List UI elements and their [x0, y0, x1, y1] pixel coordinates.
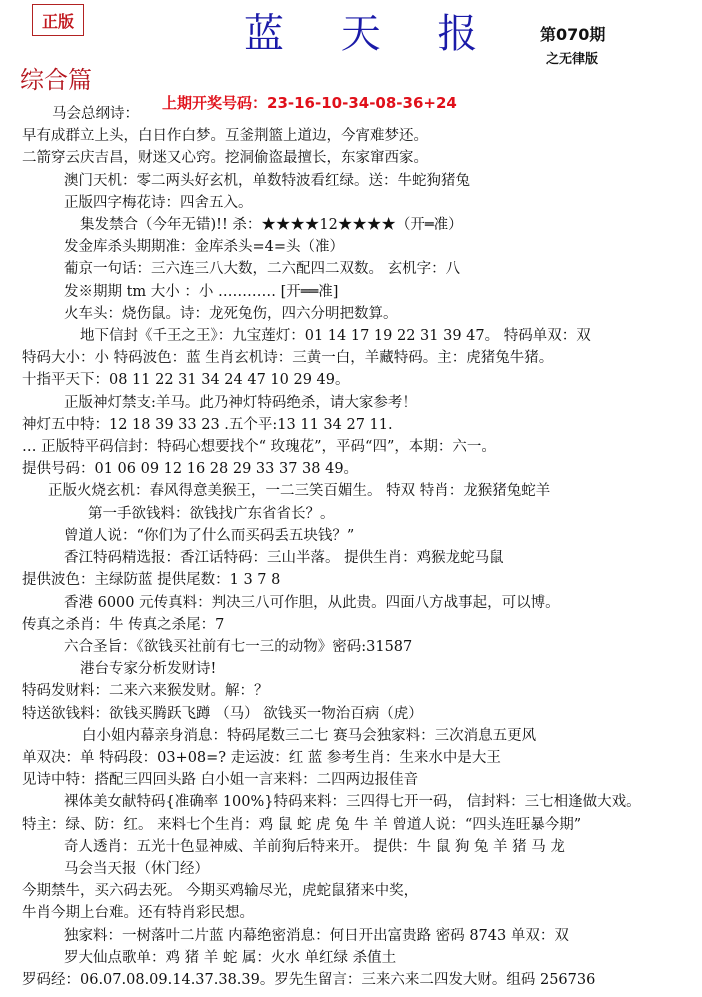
section-title: 综合篇 [20, 60, 92, 95]
text-line: 集发禁合（今年无错)!! 杀：★★★★12★★★★（开═准） [80, 215, 463, 235]
text-line: 裸体美女献特码{准确率 100%}特码来料：三四得七开一码， 信封料：三七相逢做… [64, 792, 641, 812]
text-line: … 正版特平码信封：特码心想要找个“ 玫瑰花”，平码“四”，本期：六一。 [22, 437, 496, 457]
text-line: 奇人透肖：五光十色显神威、羊前狗后特来开。 提供：牛 鼠 狗 兔 羊 猪 马 龙 [64, 837, 565, 857]
text-line: 六合圣旨：《欲钱买社前有七一三的动物》密码:31587 [64, 637, 412, 657]
text-line: 今期禁牛，买六码去死。 今期买鸡输尽光，虎蛇鼠猪来中奖， [22, 881, 418, 901]
text-line: 马会总纲诗： [52, 104, 139, 124]
text-line: 二箭穿云庆吉昌，财迷又心窍。挖洞偷盗最擅长，东家窜西家。 [22, 148, 428, 168]
text-line: 正版神灯禁支:羊马。此乃神灯特码绝杀，请大家参考！ [64, 393, 417, 413]
text-line: 见诗中特：搭配三四回头路 白小姐一言来料：二四两边报佳音 [22, 770, 418, 790]
text-line: 特码发财料：二来六来猴发财。解：？ [22, 681, 269, 701]
text-line: 葡京一句话：三六连三八大数，二六配四二双数。 玄机字：八 [64, 259, 460, 279]
text-line: 发※期期 tm 大小 ：小 ………… [开══准] [64, 282, 338, 302]
text-line: 澳门天机：零二两头好玄机，单数特波看红绿。送：牛蛇狗猪兔 [64, 171, 470, 191]
text-line: 白小姐内幕亲身消息：特码尾数三二七 赛马会独家料：三次消息五更风 [82, 726, 536, 746]
text-line: 特主：绿、防：红。 来料七个生肖：鸡 鼠 蛇 虎 兔 牛 羊 曾道人说：“四头连… [22, 815, 581, 835]
text-line: 火车头：烧伤鼠。诗：龙死兔伤，四六分明把数算。 [64, 304, 398, 324]
text-line: 马会当天报（休门经） [64, 859, 209, 879]
text-line: 提供号码：01 06 09 12 16 28 29 33 37 38 49。 [22, 459, 358, 479]
issue-number: 第070期 [540, 22, 605, 45]
edition-badge: 正版 [32, 4, 84, 36]
text-line: 十指平天下：08 11 22 31 34 24 47 10 29 49。 [22, 370, 350, 390]
text-line: 罗大仙点歌单：鸡 猪 羊 蛇 属：火水 单红绿 杀值土 [64, 948, 396, 968]
text-line: 独家料：一树落叶二片蓝 内幕绝密消息：何日开出富贵路 密码 8743 单双：双 [64, 926, 569, 946]
text-line: 罗码经：06.07.08.09.14.37.38.39。罗先生留言：三来六来二四… [22, 970, 595, 990]
text-line: 牛肖今期上台难。还有特肖彩民想。 [22, 903, 254, 923]
text-line: 地下信封《千王之王》：九宝莲灯：01 14 17 19 22 31 39 47。… [80, 326, 591, 346]
last-draw-numbers: 23-16-10-34-08-36+24 [267, 94, 457, 112]
text-line: 发金库杀头期期准：金库杀头=4=头（准） [64, 237, 344, 257]
text-line: 香江特码精选报：香江话特码：三山半落。 提供生肖：鸡猴龙蛇马鼠 [64, 548, 504, 568]
text-line: 特码大小：小 特码波色：蓝 生肖玄机诗：三黄一白，羊藏特码。主：虎猪兔牛猪。 [22, 348, 553, 368]
text-line: 港台专家分析发财诗! [80, 659, 216, 679]
text-line: 传真之杀肖：牛 传真之杀尾：7 [22, 615, 224, 635]
text-line: 第一手欲钱料：欲钱找广东省省长？。 [88, 504, 335, 524]
text-line: 香港 6000 元传真料：判决三八可作胆，从此贵。四面八方战事起，可以博。 [64, 593, 560, 613]
text-line: 曾道人说：“你们为了什么而买码丢五块钱？” [64, 526, 354, 546]
masthead-title: 蓝 天 报 [244, 2, 499, 59]
text-line: 特送欲钱料：欲钱买腾跃飞蹲 （马） 欲钱买一物治百病（虎） [22, 704, 423, 724]
last-draw: 上期开奖号码：23-16-10-34-08-36+24 [162, 92, 457, 113]
text-line: 提供波色：主绿防蓝 提供尾数：1 3 7 8 [22, 570, 280, 590]
edition-label: 之无律版 [546, 48, 598, 67]
last-draw-label: 上期开奖号码： [162, 94, 267, 112]
text-line: 早有成群立上头，白日作白梦。互釜荆篮上道边，今宵难梦还。 [22, 126, 428, 146]
text-line: 正版四字梅花诗：四舍五入。 [64, 193, 253, 213]
text-line: 神灯五中特：12 18 39 33 23 .五个平:13 11 34 27 11… [22, 415, 393, 435]
text-line: 正版火烧玄机：春风得意美猴王，一二三笑百媚生。 特双 特肖：龙猴猪兔蛇羊 [48, 481, 550, 501]
text-line: 单双决：单 特码段：03+08=? 走运波：红 蓝 参考生肖：生来水中是大王 [22, 748, 501, 768]
